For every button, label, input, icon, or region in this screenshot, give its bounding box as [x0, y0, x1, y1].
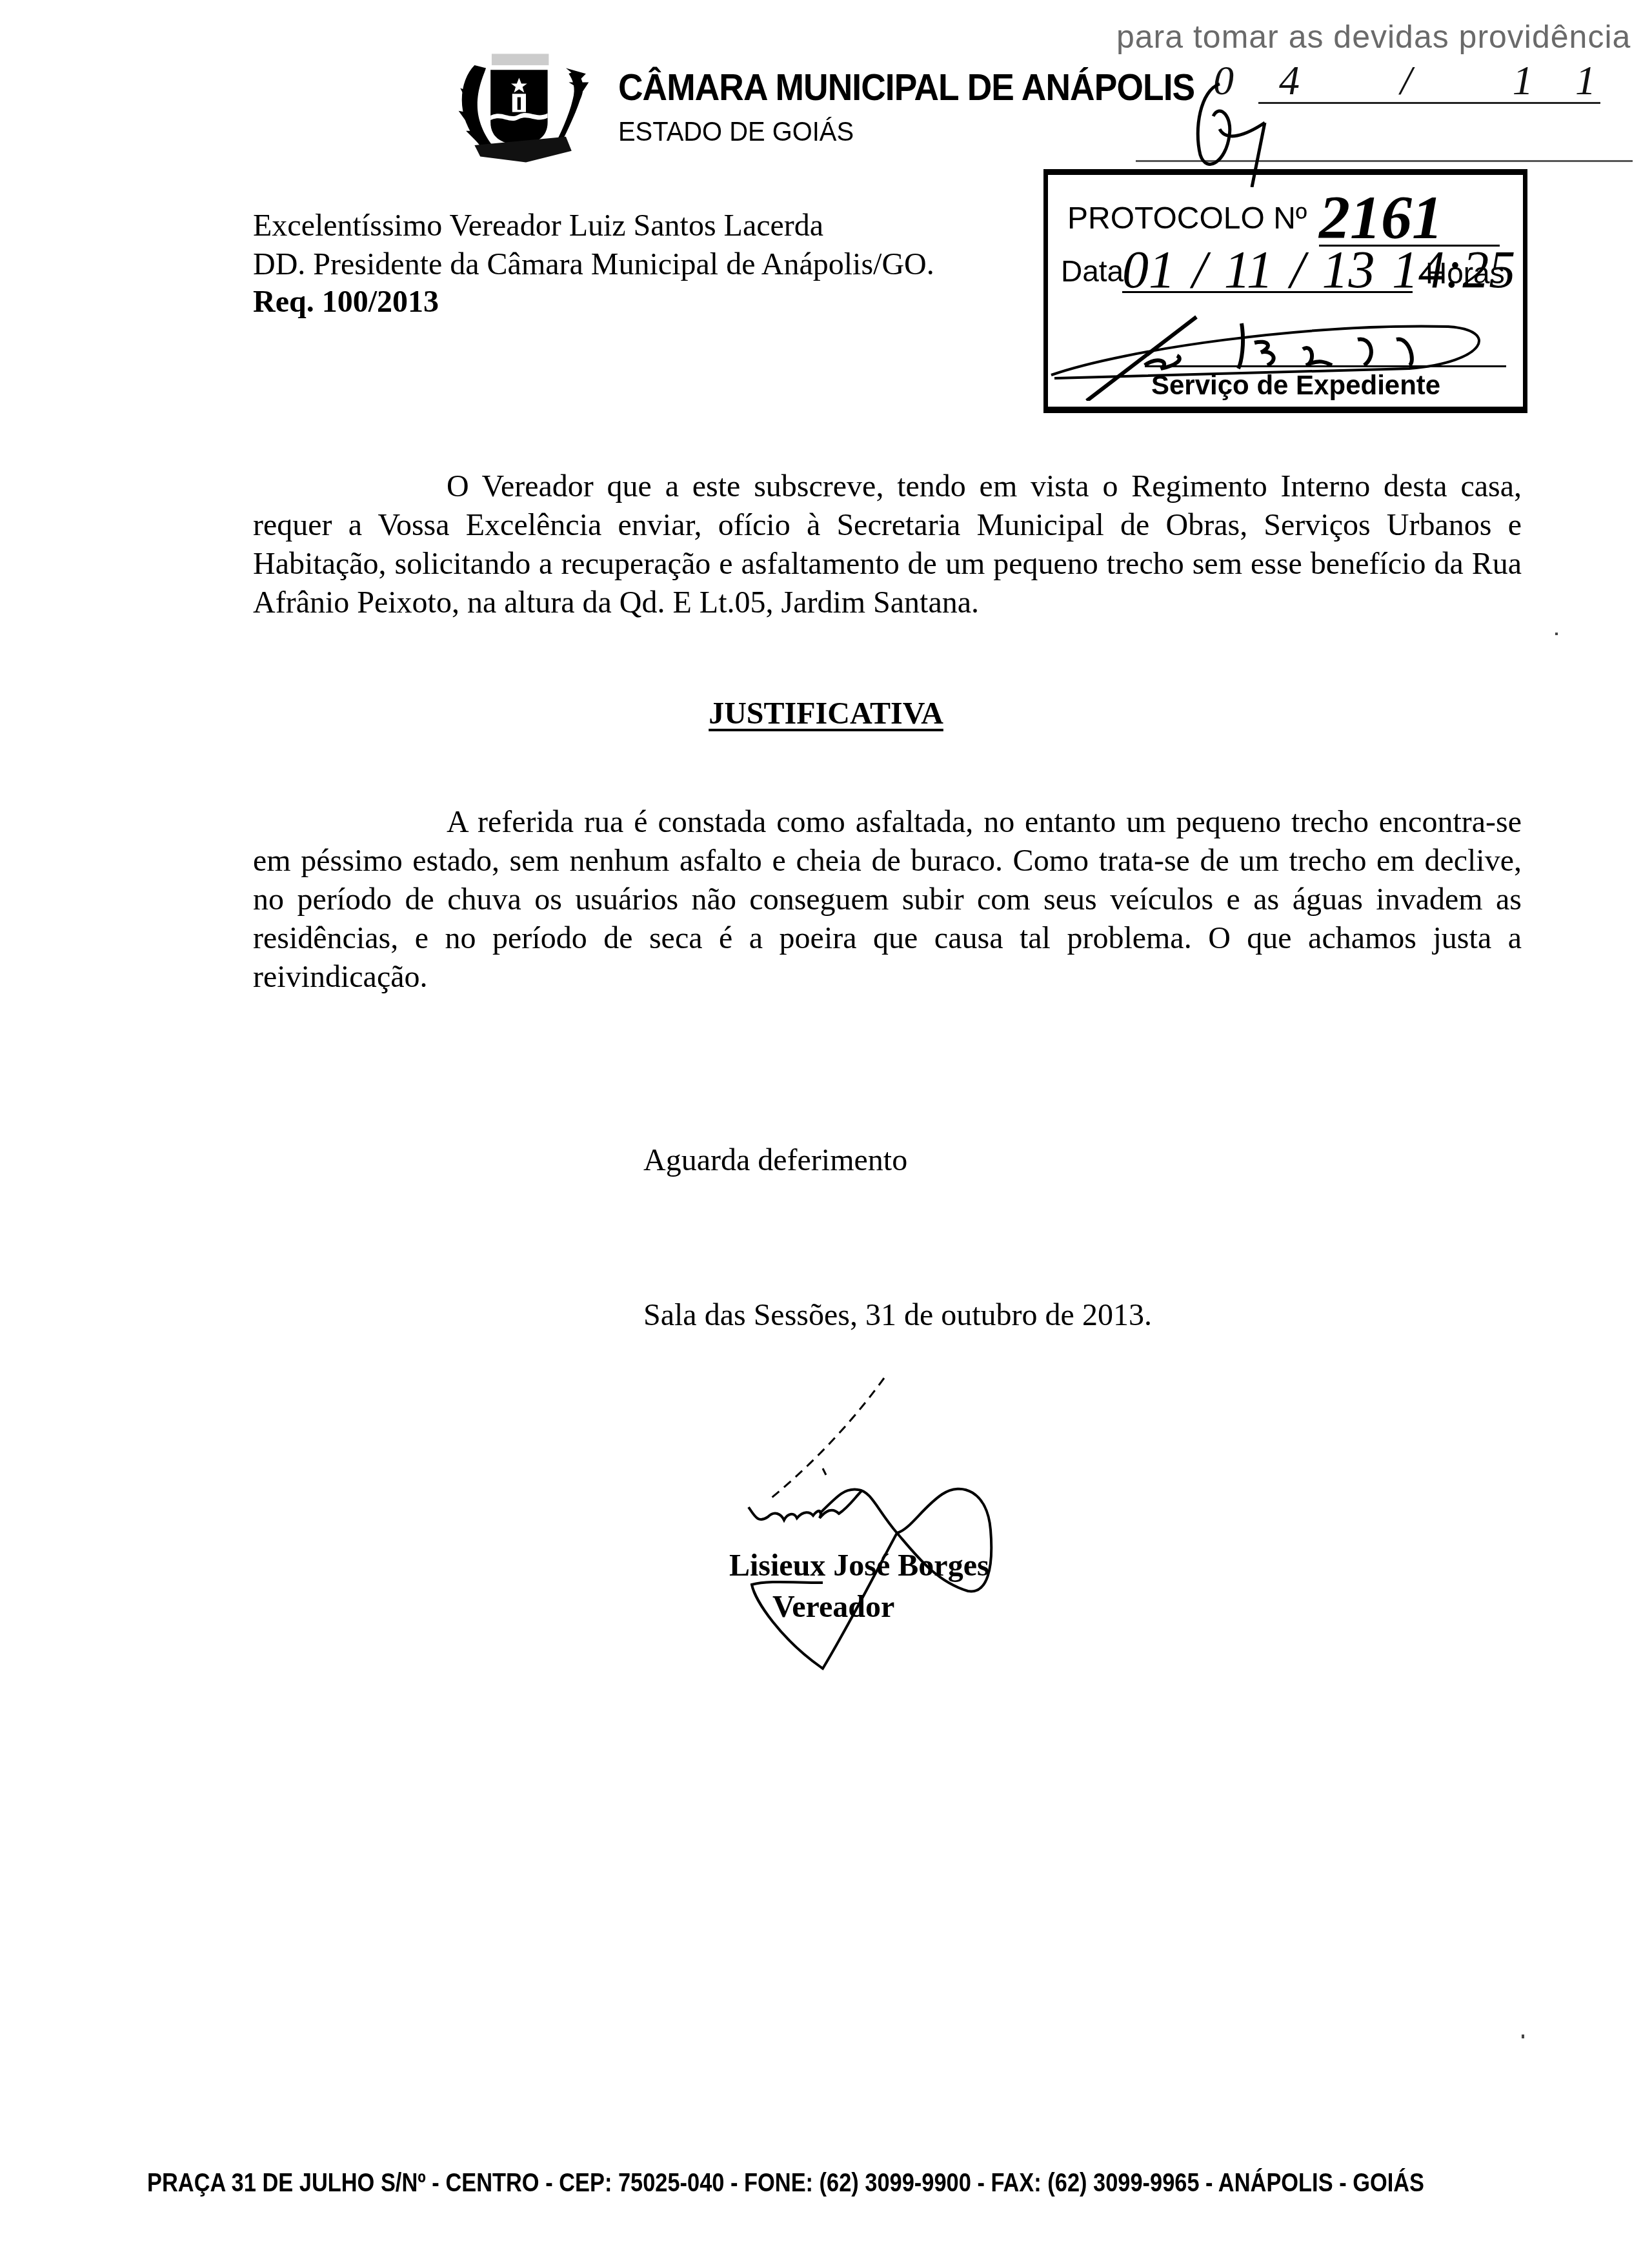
stamp-service-rule: [1145, 365, 1506, 367]
signer-title: Vereador: [772, 1589, 894, 1625]
closing-line: Aguarda deferimento: [643, 1142, 907, 1178]
scan-speck: [1555, 633, 1558, 635]
addressee-line: Excelentíssimo Vereador Luiz Santos Lace…: [253, 208, 823, 243]
protocol-label: PROTOCOLO Nº: [1067, 201, 1307, 236]
justification-text: A referida rua é constada como asfaltada…: [253, 805, 1522, 994]
signer-name: Lisieux José Borges: [729, 1548, 989, 1583]
footer-address: PRAÇA 31 DE JULHO S/Nº - CENTRO - CEP: 7…: [147, 2169, 1424, 2198]
request-reference: Req. 100/2013: [253, 284, 439, 320]
request-paragraph: O Vereador que a este subscreve, tendo e…: [253, 467, 1522, 622]
stamp-service-label: Serviço de Expediente: [1151, 370, 1440, 401]
stamp-date-label: Data: [1061, 254, 1123, 289]
protocol-stamp: PROTOCOLO Nº 2161 Data 01 / 11 / 13 14:2…: [1043, 169, 1527, 413]
justification-title: JUSTIFICATIVA: [0, 696, 1652, 731]
coat-of-arms-icon: [452, 31, 600, 179]
addressee-title: DD. Presidente da Câmara Municipal de An…: [253, 247, 934, 282]
organization-name: CÂMARA MUNICIPAL DE ANÁPOLIS: [618, 66, 1194, 109]
stamp-hours-label: Horas: [1425, 256, 1505, 290]
dispatch-note: para tomar as devidas providência: [1116, 18, 1631, 56]
scan-speck: [1522, 2035, 1524, 2038]
request-text: O Vereador que a este subscreve, tendo e…: [253, 469, 1522, 620]
stamp-date-rule: [1122, 291, 1413, 293]
justification-paragraph: A referida rua é constada como asfaltada…: [253, 803, 1522, 997]
place-date-line: Sala das Sessões, 31 de outubro de 2013.: [643, 1297, 1152, 1333]
organization-state: ESTADO DE GOIÁS: [618, 116, 854, 147]
